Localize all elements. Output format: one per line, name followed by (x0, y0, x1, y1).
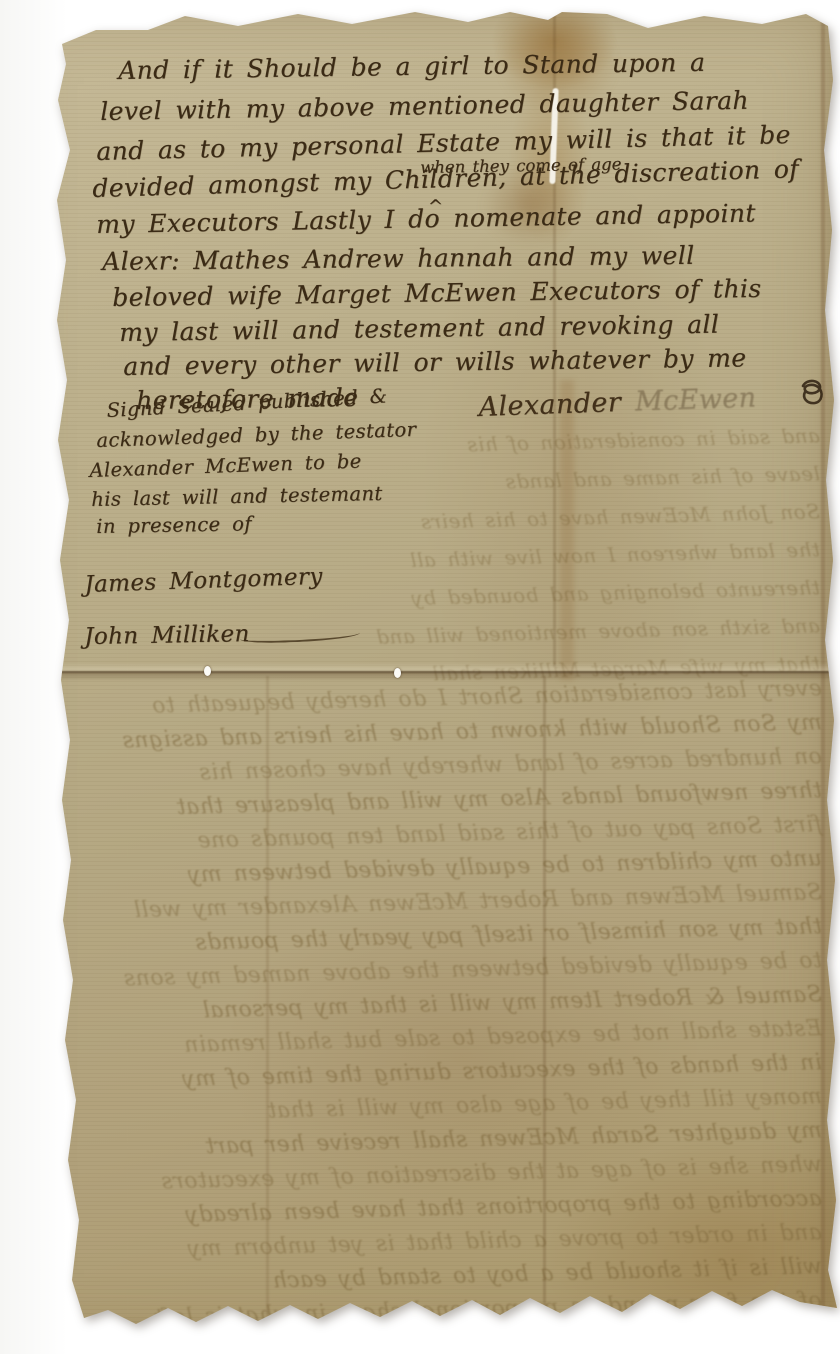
witness-signature: John Milliken (84, 621, 250, 650)
bleedthrough-line: the land whereon I now live with all (300, 537, 820, 575)
will-line: Alexr: Mathes Andrew hannah and my well (102, 241, 695, 276)
signature-first-name: Alexander (478, 387, 622, 423)
pinhole-right (394, 668, 401, 678)
will-line: beloved wife Marget McEwen Executors of … (112, 274, 762, 312)
bleedthrough-line: and sixth son above mentioned will and (300, 613, 820, 651)
seal-scribble-icon (793, 376, 829, 412)
scanned-document: and said in consideration of hisleave of… (0, 0, 840, 1354)
attestation-line: in presence of (96, 512, 252, 538)
will-line: level with my above mentioned daughter S… (100, 86, 749, 126)
paper-sheet: and said in consideration of hisleave of… (0, 0, 840, 1354)
will-line: and every other will or wills whatever b… (123, 343, 747, 381)
manuscript-page: and said in consideration of hisleave of… (0, 0, 840, 1354)
will-line: my last will and testement and revoking … (119, 310, 719, 347)
witness-signature: James Montgomery (84, 564, 323, 598)
will-line: And if it Should be a girl to Stand upon… (118, 48, 706, 85)
testator-signature: Alexander McEwen (478, 382, 757, 423)
attestation-line: his last will and testemant (91, 482, 383, 511)
bleedthrough-line: thereunto belonging and bounded by (300, 575, 820, 613)
pinhole-left (204, 666, 211, 676)
signature-last-name-faded: McEwen (621, 382, 757, 418)
will-line: my Executors Lastly I do nomenate and ap… (96, 198, 756, 239)
